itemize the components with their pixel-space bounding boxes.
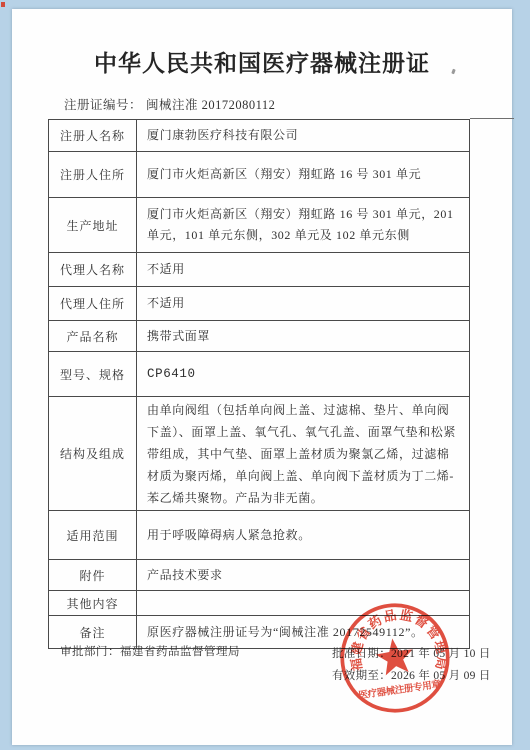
official-red-seal: 福建省药品监督管理局 医疗器械注册专用章 bbox=[325, 588, 465, 728]
row-value: 不适用 bbox=[137, 287, 469, 320]
row-value: 不适用 bbox=[137, 253, 469, 286]
certificate-page: 中华人民共和国医疗器械注册证 注册证编号：闽械注准 20172080112 注册… bbox=[12, 9, 512, 745]
scan-line-artifact bbox=[470, 118, 514, 119]
approval-department: 审批部门：福建省药品监督管理局 bbox=[60, 643, 240, 659]
row-label: 附件 bbox=[49, 560, 137, 590]
table-row: 结构及组成 由单向阀组（包括单向阀上盖、过滤棉、垫片、单向阀下盖）、面罩上盖、氧… bbox=[49, 396, 469, 510]
table-row: 产品名称 携带式面罩 bbox=[49, 320, 469, 351]
certificate-table: 注册人名称 厦门康勃医疗科技有限公司 注册人住所 厦门市火炬高新区（翔安）翔虹路… bbox=[48, 119, 470, 649]
row-value: 厦门市火炬高新区（翔安）翔虹路 16 号 301 单元 bbox=[137, 152, 469, 197]
row-label: 生产地址 bbox=[49, 198, 137, 252]
page-title: 中华人民共和国医疗器械注册证 bbox=[12, 45, 512, 78]
row-label: 型号、规格 bbox=[49, 352, 137, 396]
cert-number-value: 闽械注准 20172080112 bbox=[146, 98, 275, 112]
cert-number-label: 注册证编号： bbox=[64, 98, 142, 112]
scan-edge-artifact bbox=[1, 2, 5, 7]
row-label: 代理人名称 bbox=[49, 253, 137, 286]
svg-text:福建省药品监督管理局: 福建省药品监督管理局 bbox=[342, 601, 452, 686]
seal-star-icon bbox=[374, 636, 416, 676]
table-row: 型号、规格 CP6410 bbox=[49, 351, 469, 396]
seal-ring-text: 福建省药品监督管理局 bbox=[342, 601, 452, 686]
row-value: 由单向阀组（包括单向阀上盖、过滤棉、垫片、单向阀下盖）、面罩上盖、氧气孔、氧气孔… bbox=[137, 397, 469, 510]
row-value: 产品技术要求 bbox=[137, 560, 469, 590]
table-row: 代理人名称 不适用 bbox=[49, 252, 469, 286]
row-value: 用于呼吸障碍病人紧急抢救。 bbox=[137, 511, 469, 559]
table-row: 附件 产品技术要求 bbox=[49, 559, 469, 590]
table-row: 代理人住所 不适用 bbox=[49, 286, 469, 320]
row-label: 产品名称 bbox=[49, 321, 137, 351]
row-label: 代理人住所 bbox=[49, 287, 137, 320]
approval-department-value: 福建省药品监督管理局 bbox=[120, 646, 240, 658]
table-row: 生产地址 厦门市火炬高新区（翔安）翔虹路 16 号 301 单元，201 单元，… bbox=[49, 197, 469, 252]
row-value: 厦门康勃医疗科技有限公司 bbox=[137, 120, 469, 151]
approval-department-label: 审批部门： bbox=[60, 646, 120, 658]
row-label: 结构及组成 bbox=[49, 397, 137, 510]
row-label: 注册人名称 bbox=[49, 120, 137, 151]
table-row: 注册人住所 厦门市火炬高新区（翔安）翔虹路 16 号 301 单元 bbox=[49, 151, 469, 197]
row-label: 其他内容 bbox=[49, 591, 137, 615]
row-value: 厦门市火炬高新区（翔安）翔虹路 16 号 301 单元，201 单元，101 单… bbox=[137, 198, 469, 252]
row-value: CP6410 bbox=[137, 352, 469, 396]
scanned-certificate-page: { "page": { "title": "中华人民共和国医疗器械注册证", "… bbox=[0, 0, 530, 750]
row-value: 携带式面罩 bbox=[137, 321, 469, 351]
table-row: 适用范围 用于呼吸障碍病人紧急抢救。 bbox=[49, 510, 469, 559]
row-label: 适用范围 bbox=[49, 511, 137, 559]
row-label: 注册人住所 bbox=[49, 152, 137, 197]
table-row: 注册人名称 厦门康勃医疗科技有限公司 bbox=[49, 120, 469, 151]
cert-number-line: 注册证编号：闽械注准 20172080112 bbox=[64, 95, 275, 113]
